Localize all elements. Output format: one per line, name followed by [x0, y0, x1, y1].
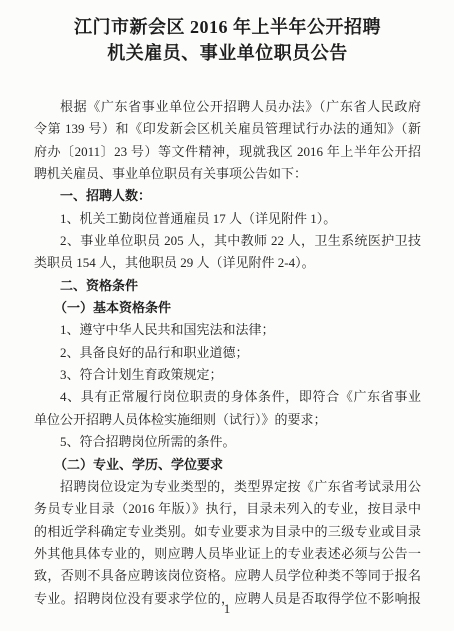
text-line: 单位公开招聘人员体检实施细则（试行）》的要求； — [34, 409, 421, 431]
text-line: 根据《广东省事业单位公开招聘人员办法》（广东省人民政府 — [34, 96, 421, 118]
title-line-1: 江门市新会区 2016 年上半年公开招聘 — [34, 14, 421, 40]
document-content-area: 江门市新会区 2016 年上半年公开招聘 机关雇员、事业单位职员公告 根据《广东… — [34, 14, 421, 610]
text-line: 外其他具体专业的，则应聘人员毕业证上的专业表述必须与公告一 — [34, 543, 421, 565]
text-line: 3、符合计划生育政策规定； — [34, 364, 421, 386]
text-line: 府办〔2011〕23 号）等文件精神，现就我区 2016 年上半年公开招 — [34, 141, 421, 163]
text-line: 招聘岗位设定为专业类型的，类型界定按《广东省考试录用公 — [34, 476, 421, 498]
text-line: 2、具备良好的品行和职业道德； — [34, 342, 421, 364]
document-body: 根据《广东省事业单位公开招聘人员办法》（广东省人民政府令第 139 号）和《印发… — [34, 96, 421, 610]
heading-line: （二）专业、学历、学位要求 — [34, 454, 421, 476]
text-line: 令第 139 号）和《印发新会区机关雇员管理试行办法的通知》（新 — [34, 118, 421, 140]
text-line: 聘机关雇员、事业单位职员有关事项公告如下： — [34, 163, 421, 185]
text-line: 的相近学科确定专业类别。如专业要求为目录中的三级专业或目录 — [34, 521, 421, 543]
title-line-2: 机关雇员、事业单位职员公告 — [34, 40, 421, 66]
heading-line: 二、资格条件 — [34, 275, 421, 297]
heading-line: （一）基本资格条件 — [34, 297, 421, 319]
text-line: 2、事业单位职员 205 人，其中教师 22 人，卫生系统医护卫技 — [34, 230, 421, 252]
text-line: 1、机关工勤岗位普通雇员 17 人（详见附件 1）。 — [34, 208, 421, 230]
text-line: 5、符合招聘岗位所需的条件。 — [34, 431, 421, 453]
page-number: 1 — [0, 601, 454, 617]
text-line: 4、具有正常履行岗位职责的身体条件，即符合《广东省事业 — [34, 386, 421, 408]
heading-line: 一、招聘人数： — [34, 185, 421, 207]
text-line: 类职员 154 人，其他职员 29 人（详见附件 2-4）。 — [34, 252, 421, 274]
text-line: 1、遵守中华人民共和国宪法和法律； — [34, 319, 421, 341]
document-title: 江门市新会区 2016 年上半年公开招聘 机关雇员、事业单位职员公告 — [34, 14, 421, 66]
text-line: 务员专业目录（2016 年版）》执行，目录未列入的专业，按目录中 — [34, 498, 421, 520]
text-line: 致，否则不具备应聘该岗位资格。应聘人员学位种类不等同于报名 — [34, 565, 421, 587]
document-page: 江门市新会区 2016 年上半年公开招聘 机关雇员、事业单位职员公告 根据《广东… — [0, 0, 454, 631]
